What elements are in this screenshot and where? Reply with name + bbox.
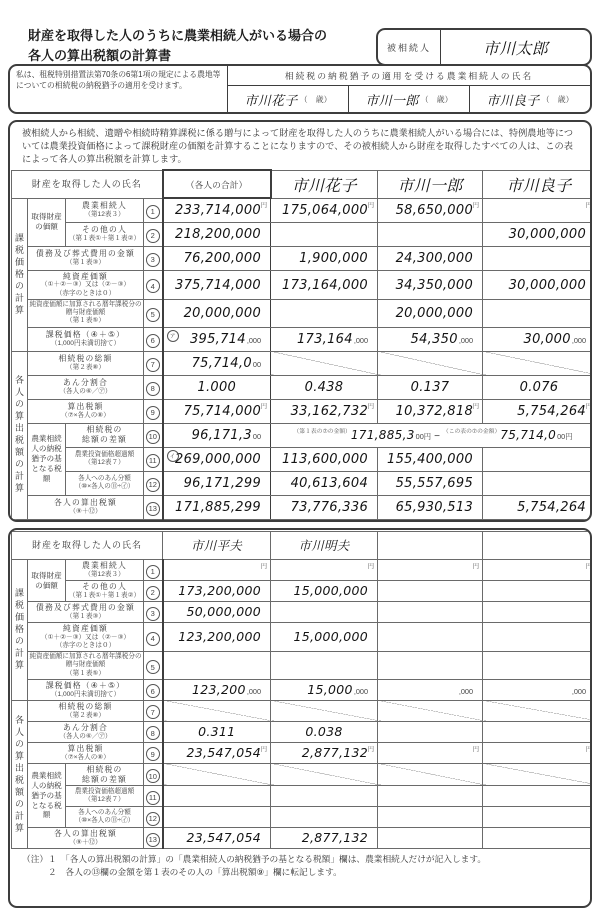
row-number-cell: 8 [144, 375, 163, 399]
calc-table-other-acquirers: 財産を取得した人の氏名 市川平夫 市川明夫 課税価格の計算 取得財産の価額 農業… [11, 531, 592, 849]
age-suffix: （ 歳） [542, 94, 574, 105]
section-strip-calculated-tax: 各人の算出税額の計算 [12, 351, 28, 519]
value-cell[interactable] [378, 581, 483, 602]
slash-cell [378, 700, 483, 721]
title-line1: 財産を取得した人のうちに農業相続人がいる場合の [28, 26, 327, 46]
value-text: 175,064,000 [282, 203, 368, 218]
value-cell[interactable]: 123,200,000 [163, 623, 271, 652]
row-4: 純資産価額（①＋②－③）又は（②－③）（赤字のときは０） 4 123,200,0… [12, 623, 593, 652]
row-label: 純資産価額に加算される暦年課税分の贈与財産価額（第１表⑤） [28, 652, 144, 680]
row-label: 課税価格（④＋⑤）（1,000円未満切捨て） [28, 327, 144, 351]
row-4: 純資産価額（①＋②－③）又は（②－③）（赤字のときは０） 4 375,714,0… [12, 270, 593, 299]
row-9: 算出税額（⑦×各人の⑧） 9 円75,714,000 円33,162,732 円… [12, 399, 593, 423]
footnote-2: ２ 各人の⑬欄の金額を第１表のその人の「算出税額⑨」欄に転記します。 [22, 866, 580, 879]
value-cell[interactable]: イ269,000,000 [163, 447, 271, 471]
row-label: その他の人（第１表①＋第１表②） [66, 581, 144, 602]
calc-table-agricultural-heirs: 財産を取得した人の氏名 （各人の合計） 市川花子 市川一郎 市川良子 課税価格の… [11, 169, 592, 519]
heir-name: 市川一郎 [397, 176, 462, 195]
value-cell[interactable] [163, 652, 271, 680]
value-cell[interactable] [483, 807, 592, 828]
page-title: 財産を取得した人のうちに農業相続人がいる場合の 各人の算出税額の計算書 [28, 26, 327, 66]
row-5: 純資産価額に加算される暦年課税分の贈与財産価額（第１表⑤） 5 20,000,0… [12, 299, 593, 327]
value-cell[interactable] [483, 623, 592, 652]
row-label: 相続税の総額（第２表⑧） [28, 351, 144, 375]
group-label-deferred-tax: 農業相続人の納税猶予の基となる税額 [28, 763, 66, 827]
value-cell[interactable]: 円 [483, 742, 592, 763]
row-label: 各人へのあん分額（⑩×各人の⑪÷㋑） [66, 807, 144, 828]
value-cell[interactable]: 0.076 [483, 375, 592, 399]
value-cell[interactable]: 54,350,000 [378, 327, 483, 351]
value-cell[interactable]: 20,000,000 [378, 299, 483, 327]
value-cell[interactable]: 30,000,000 [483, 327, 592, 351]
slash-cell [483, 351, 592, 375]
row-number-cell: 4 [144, 623, 163, 652]
slash-cell [378, 763, 483, 785]
value-cell[interactable]: 円23,547,054 [163, 742, 271, 763]
row-number-cell: 3 [144, 246, 163, 270]
value-cell[interactable]: ,000 [483, 679, 592, 700]
row-label: 各人へのあん分額（⑩×各人の⑪÷㋑） [66, 471, 144, 495]
value-cell[interactable]: 円75,714,000 [163, 399, 271, 423]
row-number-cell: 12 [144, 471, 163, 495]
intro-paragraph: 被相続人から相続、遺贈や相続時精算課税に係る贈与によって財産を取得した人のうちに… [10, 122, 590, 168]
value-cell[interactable] [483, 471, 592, 495]
decedent-box: 被相続人 市川太郎 [376, 28, 592, 66]
value-cell[interactable]: 123,200,000 [163, 679, 271, 700]
value-cell[interactable]: 24,300,000 [378, 246, 483, 270]
value-cell[interactable]: 171,885,299 [163, 495, 271, 519]
circled-number: 1 [146, 205, 160, 219]
row-label: 純資産価額に加算される暦年課税分の贈与財産価額（第１表⑤） [28, 299, 144, 327]
heir-name-cell[interactable] [378, 532, 483, 560]
main-section-2: 財産を取得した人の氏名 市川平夫 市川明夫 課税価格の計算 取得財産の価額 農業… [8, 528, 592, 908]
group-label-acquired-property: 取得財産の価額 [28, 198, 66, 246]
heir-name: 市川花子 [244, 90, 297, 109]
value-cell[interactable] [163, 807, 271, 828]
row-number-cell: 6 [144, 679, 163, 700]
row-6: 課税価格（④＋⑤）（1,000円未満切捨て） 6 123,200,000 15,… [12, 679, 593, 700]
value-cell[interactable]: 円175,064,000 [271, 198, 378, 222]
slash-cell [483, 700, 592, 721]
heirs-name-row: 市川花子（ 歳） 市川一郎（ 歳） 市川良子（ 歳） [228, 86, 590, 112]
value-cell[interactable]: ,000 [378, 679, 483, 700]
row-label: 各人の算出税額（⑨＋⑫） [28, 828, 144, 849]
heir-name: 市川良子 [486, 90, 539, 109]
row-number-cell: 11 [144, 447, 163, 471]
row-10: 農業相続人の納税猶予の基となる税額 相続税の総額の差額 10 [12, 763, 593, 785]
row-label: 農業投資価格超過額（第12表７） [66, 447, 144, 471]
row-2: その他の人（第１表①＋第１表②） 2 173,200,000 15,000,00… [12, 581, 593, 602]
value-cell[interactable]: 0.438 [271, 375, 378, 399]
row-label: 各人の算出税額（⑨＋⑫） [28, 495, 144, 519]
value-cell[interactable]: 73,776,336 [271, 495, 378, 519]
value-cell[interactable]: 円 [378, 560, 483, 581]
value-cell[interactable]: 1.000 [163, 375, 271, 399]
value-cell[interactable]: 円58,650,000 [378, 198, 483, 222]
slash-cell [163, 763, 271, 785]
row-number-cell: 9 [144, 742, 163, 763]
row-7: 各人の算出税額の計算 相続税の総額（第２表⑧） 7 75,714,000 [12, 351, 593, 375]
row-label: 純資産価額（①＋②－③）又は（②－③）（赤字のときは０） [28, 623, 144, 652]
value-cell[interactable]: 65,930,513 [378, 495, 483, 519]
heir-name-field[interactable]: 市川良子（ 歳） [470, 86, 590, 112]
row-number-cell: 2 [144, 581, 163, 602]
row-label: 算出税額（⑦×各人の⑧） [28, 742, 144, 763]
row-13: 各人の算出税額（⑨＋⑫） 13 171,885,299 73,776,336 6… [12, 495, 593, 519]
footnote-1: （注）１ 「各人の算出税額の計算」の「農業相続人の納税猶予の基となる税額」欄は、… [22, 853, 580, 866]
age-suffix: （ 歳） [300, 94, 332, 105]
value-cell[interactable]: 113,600,000 [271, 447, 378, 471]
value-cell[interactable] [271, 299, 378, 327]
difference-formula-cell[interactable]: （第１表の⑦の金額）171,885,300円−（この表の⑦の金額）75,714,… [271, 423, 592, 447]
heir-name-cell[interactable]: 市川明夫 [271, 532, 378, 560]
row-label: 農業投資価格超過額（第12表７） [66, 786, 144, 807]
slash-cell [378, 351, 483, 375]
heir-name: 市川一郎 [365, 90, 418, 109]
row-10: 農業相続人の納税猶予の基となる税額 相続税の総額の差額 10 96,171,30… [12, 423, 593, 447]
circled-i-mark: イ [167, 450, 179, 462]
value-cell[interactable]: 円5,754,264 [483, 399, 592, 423]
row-9: 算出税額（⑦×各人の⑧） 9 円23,547,054 円2,877,132 円 … [12, 742, 593, 763]
row-6: 課税価格（④＋⑤）（1,000円未満切捨て） 6 ア395,714,000 17… [12, 327, 593, 351]
note-mark: （注） [22, 853, 48, 866]
row-number-cell: 10 [144, 423, 163, 447]
name-header-cell: 財産を取得した人の氏名 [12, 170, 163, 198]
minus-sign: − [434, 431, 440, 442]
value-cell[interactable] [483, 602, 592, 623]
value-cell[interactable]: 173,164,000 [271, 327, 378, 351]
total-header-text: （各人の合計） [186, 180, 248, 190]
row-label: 相続税の総額の差額 [66, 763, 144, 785]
heir-name-cell[interactable]: 市川平夫 [163, 532, 271, 560]
value-cell[interactable]: 円2,877,132 [271, 742, 378, 763]
row-3: 債務及び葬式費用の金額（第１表③） 3 50,000,000 [12, 602, 593, 623]
row-number-cell: 4 [144, 270, 163, 299]
value-cell[interactable]: 15,000,000 [271, 623, 378, 652]
row-label: 債務及び葬式費用の金額（第１表③） [28, 246, 144, 270]
value-cell[interactable]: 55,557,695 [378, 471, 483, 495]
circled-a-mark: ア [167, 330, 179, 342]
name-header-cell: 財産を取得した人の氏名 [12, 532, 163, 560]
value-cell[interactable]: 0.311 [163, 721, 271, 742]
row-label: 農業相続人（第12表３） [66, 198, 144, 222]
value-cell[interactable] [483, 246, 592, 270]
row-label: 相続税の総額（第２表⑧） [28, 700, 144, 721]
value-cell[interactable] [483, 786, 592, 807]
row-label: 算出税額（⑦×各人の⑧） [28, 399, 144, 423]
value-cell[interactable]: 15,000,000 [271, 679, 378, 700]
value-cell[interactable]: 円 [483, 198, 592, 222]
value-cell[interactable]: 円 [378, 742, 483, 763]
decedent-name: 市川太郎 [483, 36, 548, 59]
row-label: 債務及び葬式費用の金額（第１表③） [28, 602, 144, 623]
decedent-label: 被相続人 [378, 30, 441, 64]
yen-mark: 円 [368, 200, 374, 209]
value-cell[interactable] [163, 786, 271, 807]
row-8: あん分割合（各人の⑥／㋐） 8 1.000 0.438 0.137 0.076 [12, 375, 593, 399]
yen-mark: 円 [473, 200, 479, 209]
value-cell[interactable] [483, 721, 592, 742]
row-label: 課税価格（④＋⑤）（1,000円未満切捨て） [28, 679, 144, 700]
value-cell[interactable]: 173,200,000 [163, 581, 271, 602]
row-number-cell: 2 [144, 222, 163, 246]
yen-mark: 円 [586, 200, 592, 209]
main-section-1: 被相続人から相続、遺贈や相続時精算課税に係る贈与によって財産を取得した人のうちに… [8, 120, 592, 522]
value-cell[interactable]: 40,613,604 [271, 471, 378, 495]
heir-name-cell[interactable]: 市川一郎 [378, 170, 483, 198]
value-cell[interactable]: 34,350,000 [378, 270, 483, 299]
slash-cell [483, 763, 592, 785]
value-cell[interactable]: 23,547,054 [163, 828, 271, 849]
value-cell[interactable]: 96,171,299 [163, 471, 271, 495]
heirs-header: 相続税の納税猶予の適用を受ける農業相続人の氏名 [228, 66, 590, 86]
value-cell[interactable] [271, 786, 378, 807]
declaration-statement: 私は、租税特別措置法第70条の6第1項の規定による農地等についての相続税の納税猶… [10, 66, 228, 112]
row-number-cell: 6 [144, 327, 163, 351]
row-1: 課税価格の計算 取得財産の価額 農業相続人（第12表３） 1 円 円 円 円 [12, 560, 593, 581]
row-number-cell: 13 [144, 828, 163, 849]
name-header-text: 財産を取得した人の氏名 [32, 179, 142, 189]
value-cell[interactable]: 375,714,000 [163, 270, 271, 299]
value-cell[interactable] [378, 222, 483, 246]
section-strip-taxable-value: 課税価格の計算 [12, 198, 28, 351]
value-cell[interactable]: 30,000,000 [483, 270, 592, 299]
value-cell[interactable]: 5,754,264 [483, 495, 592, 519]
value-cell[interactable] [271, 652, 378, 680]
value-cell[interactable] [483, 299, 592, 327]
value-cell[interactable]: 50,000,000 [163, 602, 271, 623]
row-number-cell: 12 [144, 807, 163, 828]
value-cell[interactable] [378, 721, 483, 742]
row-2: その他の人（第１表①＋第１表②） 2 218,200,000 30,000,00… [12, 222, 593, 246]
value-cell[interactable]: 20,000,000 [163, 299, 271, 327]
value-cell[interactable]: 75,714,000 [163, 351, 271, 375]
row-number-cell: 7 [144, 700, 163, 721]
value-cell[interactable]: 円10,372,818 [378, 399, 483, 423]
table-header-row: 財産を取得した人の氏名 市川平夫 市川明夫 [12, 532, 593, 560]
value-cell[interactable] [378, 786, 483, 807]
heir-name: 市川良子 [506, 176, 571, 195]
section-strip-taxable-value: 課税価格の計算 [12, 560, 28, 701]
value-cell[interactable] [378, 652, 483, 680]
slash-cell [163, 700, 271, 721]
row-number-cell: 3 [144, 602, 163, 623]
row-number-cell: 11 [144, 786, 163, 807]
value-cell[interactable] [271, 222, 378, 246]
value-cell[interactable] [378, 602, 483, 623]
value-cell[interactable]: 2,877,132 [271, 828, 378, 849]
value-cell[interactable] [483, 652, 592, 680]
value-cell[interactable]: 218,200,000 [163, 222, 271, 246]
age-suffix: （ 歳） [421, 94, 453, 105]
row-1: 課税価格の計算 取得財産の価額 農業相続人（第12表３） 1 円233,714,… [12, 198, 593, 222]
group-label-deferred-tax: 農業相続人の納税猶予の基となる税額 [28, 423, 66, 495]
row-number-cell: 1 [144, 560, 163, 581]
footnotes: （注）１ 「各人の算出税額の計算」の「農業相続人の納税猶予の基となる税額」欄は、… [10, 849, 590, 879]
row-number-cell: 10 [144, 763, 163, 785]
value-cell[interactable]: 円 [163, 560, 271, 581]
row-11: 農業投資価格超過額（第12表７） 11 [12, 786, 593, 807]
row-label: 純資産価額（①＋②－③）又は（②－③）（赤字のときは０） [28, 270, 144, 299]
value-cell[interactable] [378, 807, 483, 828]
heir-name-cell[interactable]: 市川良子 [483, 170, 592, 198]
declaration-box: 私は、租税特別措置法第70条の6第1項の規定による農地等についての相続税の納税猶… [8, 64, 592, 114]
heir-name-cell[interactable] [483, 532, 592, 560]
section-strip-calculated-tax: 各人の算出税額の計算 [12, 700, 28, 848]
heir-name-field[interactable]: 市川花子（ 歳） [228, 86, 349, 112]
value-cell[interactable]: 173,164,000 [271, 270, 378, 299]
total-header-cell: （各人の合計） [163, 170, 271, 198]
row-label: あん分割合（各人の⑥／㋐） [28, 375, 144, 399]
value-cell[interactable]: 96,171,300 [163, 423, 271, 447]
row-label: その他の人（第１表①＋第１表②） [66, 222, 144, 246]
row-3: 債務及び葬式費用の金額（第１表③） 3 76,200,000 1,900,000… [12, 246, 593, 270]
value-cell[interactable]: 76,200,000 [163, 246, 271, 270]
row-12: 各人へのあん分額（⑩×各人の⑪÷㋑） 12 [12, 807, 593, 828]
slash-cell [271, 763, 378, 785]
row-13: 各人の算出税額（⑨＋⑫） 13 23,547,054 2,877,132 [12, 828, 593, 849]
value-cell[interactable] [483, 828, 592, 849]
value-cell[interactable] [271, 602, 378, 623]
yen-mark: 円 [261, 200, 267, 209]
row-number-cell: 5 [144, 299, 163, 327]
value-cell[interactable]: 0.038 [271, 721, 378, 742]
slash-cell [271, 351, 378, 375]
value-cell[interactable]: 15,000,000 [271, 581, 378, 602]
group-label-acquired-property: 取得財産の価額 [28, 560, 66, 602]
value-cell[interactable]: 円 [483, 560, 592, 581]
value-cell[interactable] [483, 581, 592, 602]
table-header-row: 財産を取得した人の氏名 （各人の合計） 市川花子 市川一郎 市川良子 [12, 170, 593, 198]
value-cell[interactable]: ア395,714,000 [163, 327, 271, 351]
row-7: 各人の算出税額の計算 相続税の総額（第２表⑧） 7 [12, 700, 593, 721]
value-cell[interactable] [271, 807, 378, 828]
value-cell[interactable] [483, 447, 592, 471]
value-cell[interactable]: 円233,714,000 [163, 198, 271, 222]
value-cell[interactable]: 円 [271, 560, 378, 581]
value-cell[interactable]: 155,400,000 [378, 447, 483, 471]
row-label: あん分割合（各人の⑥／㋐） [28, 721, 144, 742]
row-number-cell: 1 [144, 198, 163, 222]
heir-name-cell[interactable]: 市川花子 [271, 170, 378, 198]
value-text: 233,714,000 [175, 203, 261, 218]
heir-name-field[interactable]: 市川一郎（ 歳） [349, 86, 470, 112]
row-label: 相続税の総額の差額 [66, 423, 144, 447]
row-number-cell: 9 [144, 399, 163, 423]
row-label: 農業相続人（第12表３） [66, 560, 144, 581]
value-text: 58,650,000 [396, 203, 473, 218]
row-11: 農業投資価格超過額（第12表７） 11 イ269,000,000 113,600… [12, 447, 593, 471]
row-number-cell: 7 [144, 351, 163, 375]
row-8: あん分割合（各人の⑥／㋐） 8 0.311 0.038 [12, 721, 593, 742]
value-cell[interactable] [378, 623, 483, 652]
row-5: 純資産価額に加算される暦年課税分の贈与財産価額（第１表⑤） 5 [12, 652, 593, 680]
row-number-cell: 13 [144, 495, 163, 519]
value-cell[interactable]: 0.137 [378, 375, 483, 399]
row-12: 各人へのあん分額（⑩×各人の⑪÷㋑） 12 96,171,299 40,613,… [12, 471, 593, 495]
row-number-cell: 5 [144, 652, 163, 680]
heir-name: 市川花子 [292, 176, 357, 195]
heirs-panel: 相続税の納税猶予の適用を受ける農業相続人の氏名 市川花子（ 歳） 市川一郎（ 歳… [228, 66, 590, 112]
value-cell[interactable] [378, 828, 483, 849]
decedent-name-field[interactable]: 市川太郎 [441, 30, 590, 64]
value-cell[interactable]: 円33,162,732 [271, 399, 378, 423]
slash-cell [271, 700, 378, 721]
value-cell[interactable]: 30,000,000 [483, 222, 592, 246]
value-cell[interactable]: 1,900,000 [271, 246, 378, 270]
row-number-cell: 8 [144, 721, 163, 742]
